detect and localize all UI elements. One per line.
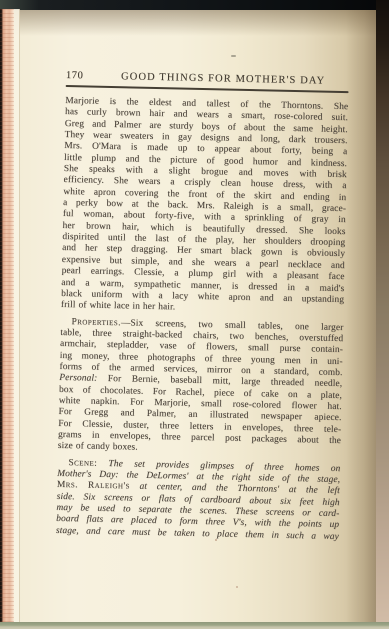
lead-word: Properties.	[71, 317, 121, 328]
scan-speck	[215, 539, 217, 541]
paragraph: Scene: The set provides glimpses of thre…	[56, 458, 341, 544]
scan-speck	[236, 586, 238, 588]
page-number: 170	[66, 70, 84, 81]
lead-word: Personal:	[59, 373, 97, 384]
book-photo: 170 GOOD THINGS FOR MOTHER'S DAY Marjori…	[0, 0, 389, 629]
table-edge	[0, 622, 389, 629]
book-gutter-shadow	[376, 0, 389, 623]
page-header: 170 GOOD THINGS FOR MOTHER'S DAY	[66, 70, 349, 87]
lead-word: Mrs. Raleigh's	[57, 480, 130, 492]
running-title: GOOD THINGS FOR MOTHER'S DAY	[83, 70, 349, 87]
book-page: 170 GOOD THINGS FOR MOTHER'S DAY Marjori…	[2, 10, 389, 629]
page-edge-highlight	[14, 9, 20, 623]
page-body: Marjorie is the eldest and tallest of th…	[56, 96, 349, 543]
paragraph: Marjorie is the eldest and tallest of th…	[61, 96, 349, 318]
lead-word: Scene:	[68, 458, 97, 469]
gutter-shading	[346, 10, 376, 623]
page-content: 170 GOOD THINGS FOR MOTHER'S DAY Marjori…	[56, 70, 349, 543]
book-top-edge	[0, 0, 389, 10]
paragraph: Properties.—Six screens, two small table…	[58, 316, 344, 458]
scan-speck	[231, 55, 236, 57]
book-fore-edge-pages	[0, 9, 14, 623]
